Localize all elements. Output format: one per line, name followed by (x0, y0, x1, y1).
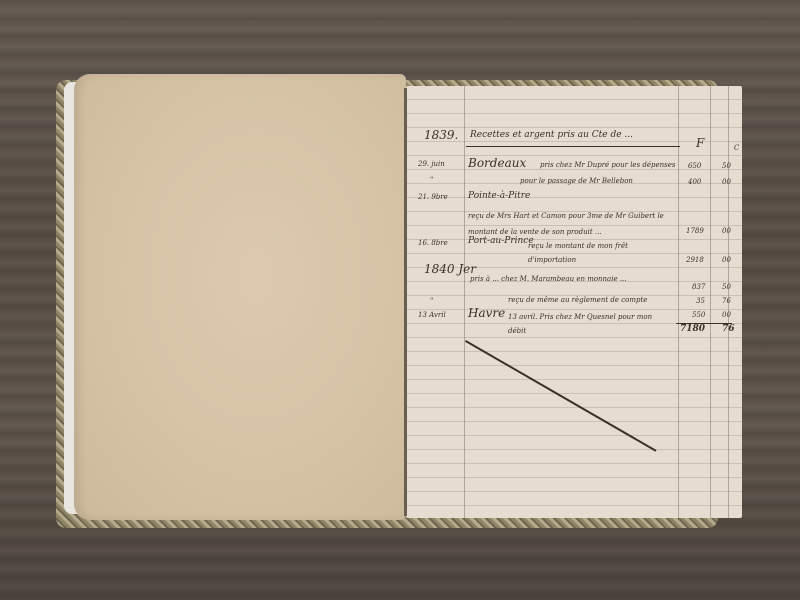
entry-centimes: 50 (722, 283, 731, 291)
entry-place: Bordeaux (468, 156, 526, 170)
entry-date: 21. 9bre (418, 193, 448, 201)
entry-centimes: 00 (722, 227, 731, 235)
book-gutter (404, 88, 407, 516)
entry-description: 13 avril. Pris chez Mr Quesnel pour mon … (508, 310, 668, 338)
entry-centimes: 76 (722, 297, 731, 305)
entry-francs: 400 (688, 178, 701, 186)
entry-date: 29. juin (418, 160, 445, 168)
entry-description: reçu le montant de mon frêt d'importatio… (528, 239, 678, 267)
entry-description: reçu de même au règlement de compte (508, 296, 647, 304)
entry-francs: 837 (692, 283, 705, 291)
entry-centimes: 00 (722, 178, 731, 186)
entry-place: Port-au-Prince (468, 236, 534, 246)
title-underline (466, 146, 680, 147)
entry-place: Havre (468, 306, 505, 320)
total-centimes: 76 (722, 324, 735, 334)
entry-francs: 2918 (686, 256, 704, 264)
entry-place: Pointe-à-Pitre (468, 191, 530, 201)
entry-date: " (430, 176, 433, 184)
entry-francs: 550 (692, 311, 705, 319)
entry-centimes: 50 (722, 162, 731, 170)
total-francs: 7180 (680, 324, 705, 334)
entry-date: 13 Avril (418, 311, 446, 319)
ledger-title: Recettes et argent pris au Cte de ... (470, 130, 633, 140)
entry-francs: 35 (696, 297, 705, 305)
ruled-column-line (464, 86, 465, 518)
year-header: 1839. (424, 128, 458, 142)
entry-date: 1840 Jer (424, 262, 476, 276)
entry-date: " (430, 297, 433, 305)
entry-description: pris chez Mr Dupré pour les dépenses (540, 161, 675, 169)
left-page-blank (74, 74, 406, 520)
entry-francs: 1789 (686, 227, 704, 235)
entry-description: pour le passage de Mr Bellebon (520, 177, 633, 185)
entry-centimes: 00 (722, 311, 731, 319)
column-header-centimes: C (734, 144, 739, 152)
entry-francs: 650 (688, 162, 701, 170)
ruled-column-line (678, 86, 679, 518)
ruled-column-line (710, 86, 711, 518)
entry-centimes: 00 (722, 256, 731, 264)
entry-date: 16. 8bre (418, 239, 448, 247)
column-header-francs: F (696, 136, 704, 150)
entry-description: pris à ... chez M. Marambeau en monnaie … (470, 272, 670, 286)
